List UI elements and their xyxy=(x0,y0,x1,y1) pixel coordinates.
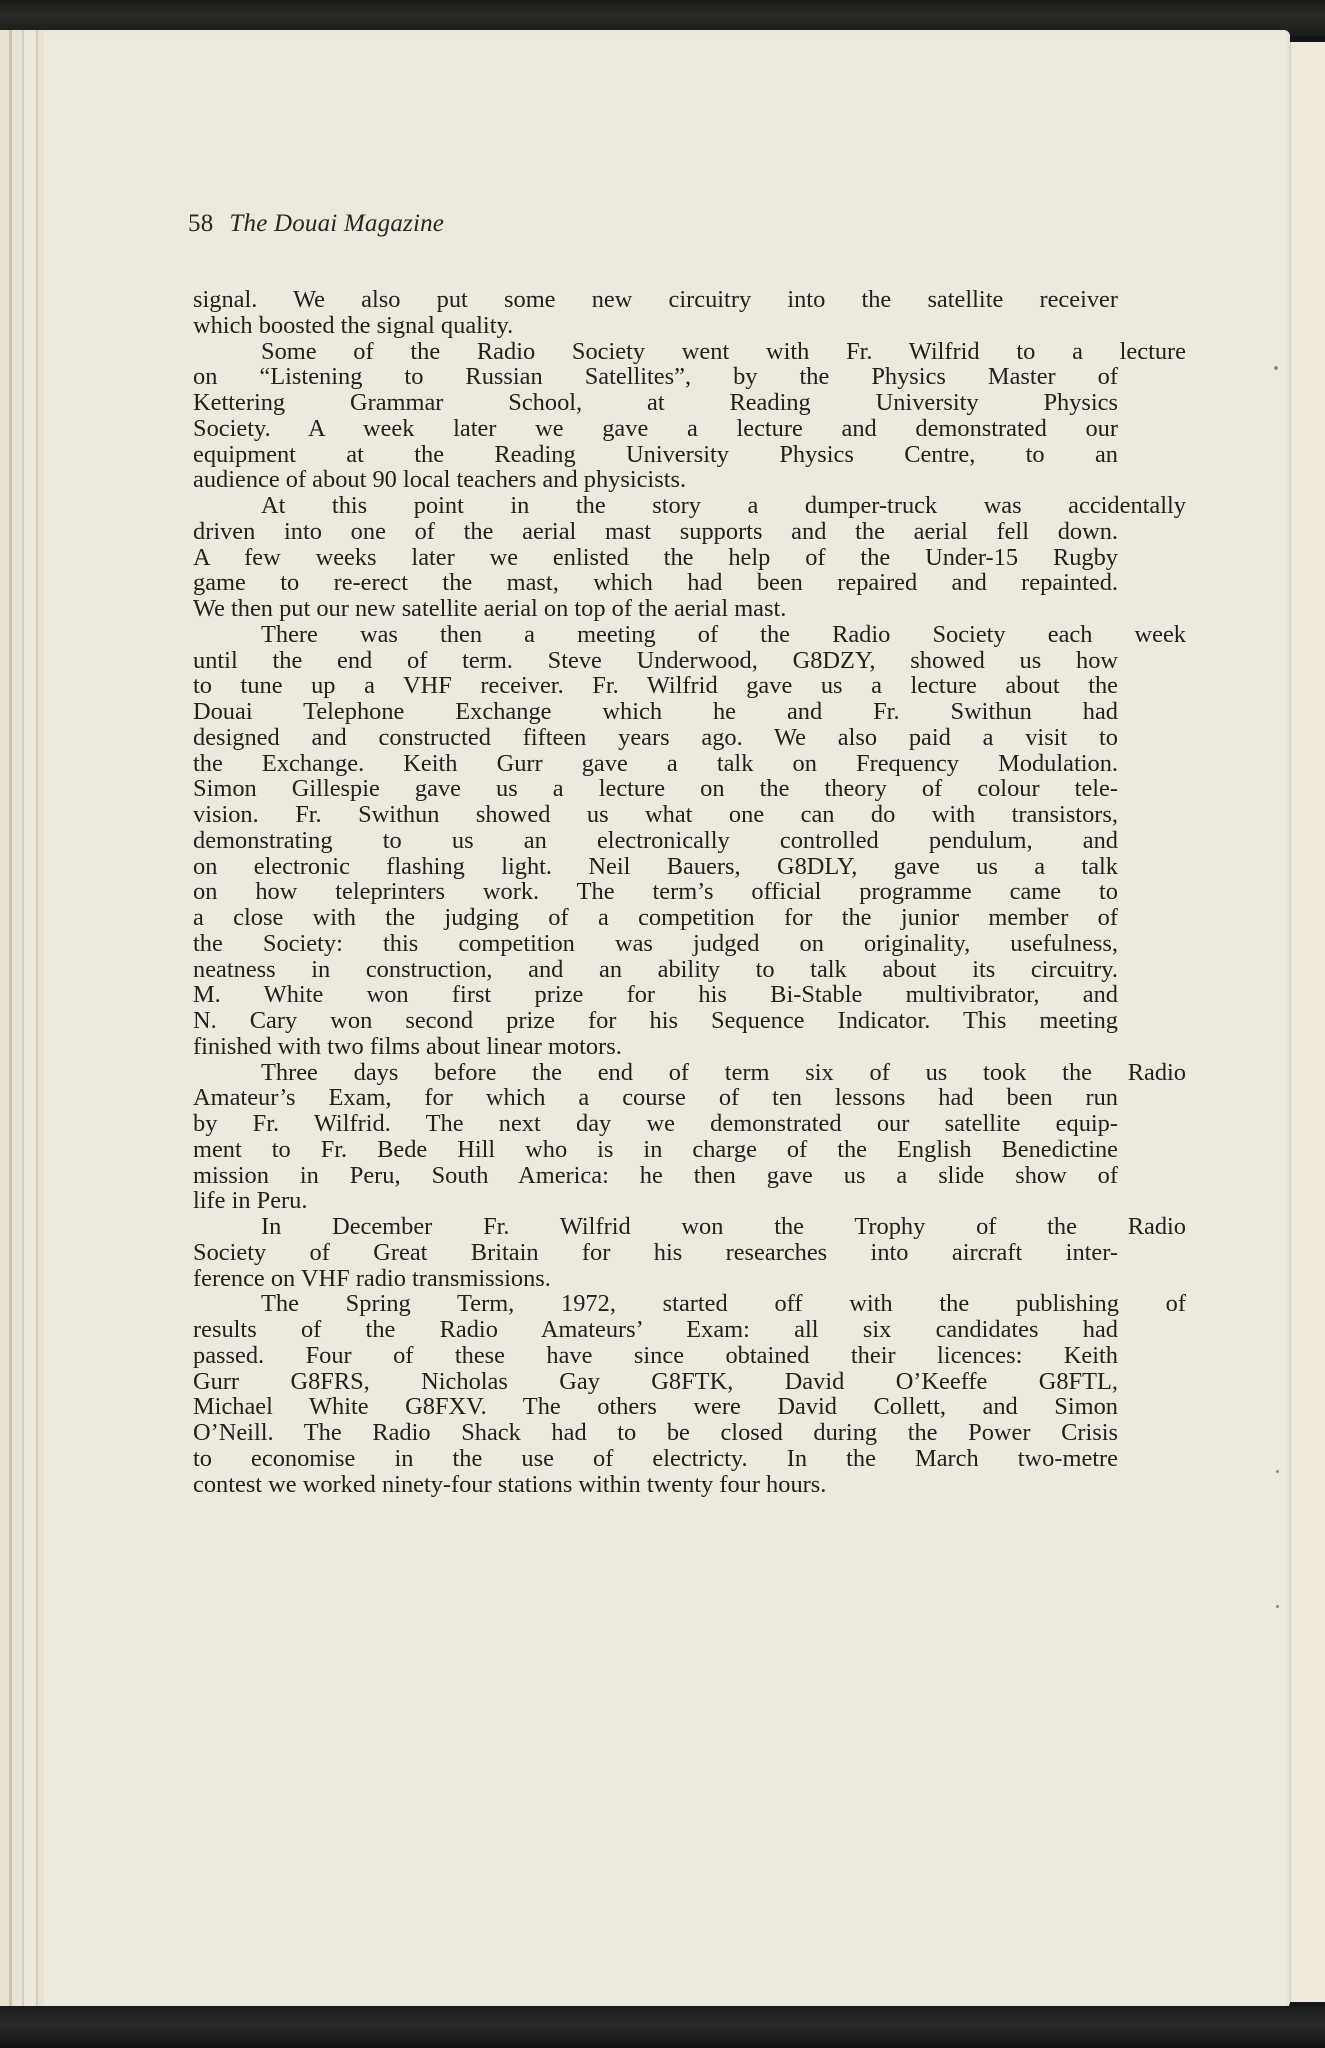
text-line: N. Cary won second prize for his Sequenc… xyxy=(193,1008,1118,1034)
text-line: vision. Fr. Swithun showed us what one c… xyxy=(193,802,1118,828)
text-line: contest we worked ninety-four stations w… xyxy=(193,1472,1118,1498)
text-line: O’Neill. The Radio Shack had to be close… xyxy=(193,1420,1118,1446)
text-line: a close with the judging of a competitio… xyxy=(193,905,1118,931)
text-line: ference on VHF radio transmissions. xyxy=(193,1266,1118,1292)
book-scan: 58The Douai Magazine signal. We also put… xyxy=(0,0,1325,2048)
publication-title: The Douai Magazine xyxy=(229,210,444,237)
paper-speck xyxy=(1276,1470,1279,1473)
text-line: life in Peru. xyxy=(193,1188,1118,1214)
text-line: audience of about 90 local teachers and … xyxy=(193,467,1118,493)
text-line: game to re-erect the mast, which had bee… xyxy=(193,570,1118,596)
text-line: Douai Telephone Exchange which he and Fr… xyxy=(193,699,1118,725)
text-line: until the end of term. Steve Underwood, … xyxy=(193,648,1118,674)
text-line: Three days before the end of term six of… xyxy=(193,1060,1186,1086)
text-line: Amateur’s Exam, for which a course of te… xyxy=(193,1085,1118,1111)
paper-speck xyxy=(1276,1605,1279,1608)
paragraph: At this point in the story a dumper-truc… xyxy=(193,493,1118,622)
text-line: finished with two films about linear mot… xyxy=(193,1034,1118,1060)
paragraph: signal. We also put some new circuitry i… xyxy=(193,287,1118,339)
text-line: Society. A week later we gave a lecture … xyxy=(193,416,1118,442)
text-line: designed and constructed fifteen years a… xyxy=(193,725,1118,751)
paper-speck xyxy=(1274,366,1278,370)
text-line: to economise in the use of electricty. I… xyxy=(193,1446,1118,1472)
text-line: passed. Four of these have since obtaine… xyxy=(193,1343,1118,1369)
paragraph: There was then a meeting of the Radio So… xyxy=(193,622,1118,1060)
book-cover-bottom-edge xyxy=(0,2006,1325,2048)
text-line: We then put our new satellite aerial on … xyxy=(193,596,1118,622)
text-line: mission in Peru, South America: he then … xyxy=(193,1163,1118,1189)
text-line: neatness in construction, and an ability… xyxy=(193,957,1118,983)
text-line: Simon Gillespie gave us a lecture on the… xyxy=(193,776,1118,802)
text-line: Michael White G8FXV. The others were Dav… xyxy=(193,1394,1118,1420)
text-line: driven into one of the aerial mast suppo… xyxy=(193,519,1118,545)
paragraph: Some of the Radio Society went with Fr. … xyxy=(193,339,1118,494)
text-line: to tune up a VHF receiver. Fr. Wilfrid g… xyxy=(193,673,1118,699)
text-line: by Fr. Wilfrid. The next day we demonstr… xyxy=(193,1111,1118,1137)
paragraph: In December Fr. Wilfrid won the Trophy o… xyxy=(193,1214,1118,1291)
text-line: In December Fr. Wilfrid won the Trophy o… xyxy=(193,1214,1186,1240)
text-line: Kettering Grammar School, at Reading Uni… xyxy=(193,390,1118,416)
text-line: the Exchange. Keith Gurr gave a talk on … xyxy=(193,751,1118,777)
text-line: equipment at the Reading University Phys… xyxy=(193,442,1118,468)
text-line: on how teleprinters work. The term’s off… xyxy=(193,879,1118,905)
text-line: The Spring Term, 1972, started off with … xyxy=(193,1291,1186,1317)
page-number: 58 xyxy=(188,210,213,237)
text-line: At this point in the story a dumper-truc… xyxy=(193,493,1186,519)
text-line: the Society: this competition was judged… xyxy=(193,931,1118,957)
text-line: A few weeks later we enlisted the help o… xyxy=(193,545,1118,571)
text-line: Gurr G8FRS, Nicholas Gay G8FTK, David O’… xyxy=(193,1369,1118,1395)
text-line: Some of the Radio Society went with Fr. … xyxy=(193,339,1186,365)
text-line: signal. We also put some new circuitry i… xyxy=(193,287,1118,313)
article-body: signal. We also put some new circuitry i… xyxy=(193,287,1118,1497)
text-line: on electronic flashing light. Neil Bauer… xyxy=(193,854,1118,880)
text-line: results of the Radio Amateurs’ Exam: all… xyxy=(193,1317,1118,1343)
text-line: Society of Great Britain for his researc… xyxy=(193,1240,1118,1266)
text-line: ment to Fr. Bede Hill who is in charge o… xyxy=(193,1137,1118,1163)
text-line: M. White won first prize for his Bi-Stab… xyxy=(193,982,1118,1008)
text-line: There was then a meeting of the Radio So… xyxy=(193,622,1186,648)
paragraph: Three days before the end of term six of… xyxy=(193,1060,1118,1215)
adjacent-page-edge xyxy=(1290,42,1325,2002)
running-header: 58The Douai Magazine xyxy=(188,210,444,238)
text-line: on “Listening to Russian Satellites”, by… xyxy=(193,364,1118,390)
text-line: demonstrating to us an electronically co… xyxy=(193,828,1118,854)
text-line: which boosted the signal quality. xyxy=(193,313,1118,339)
paragraph: The Spring Term, 1972, started off with … xyxy=(193,1291,1118,1497)
